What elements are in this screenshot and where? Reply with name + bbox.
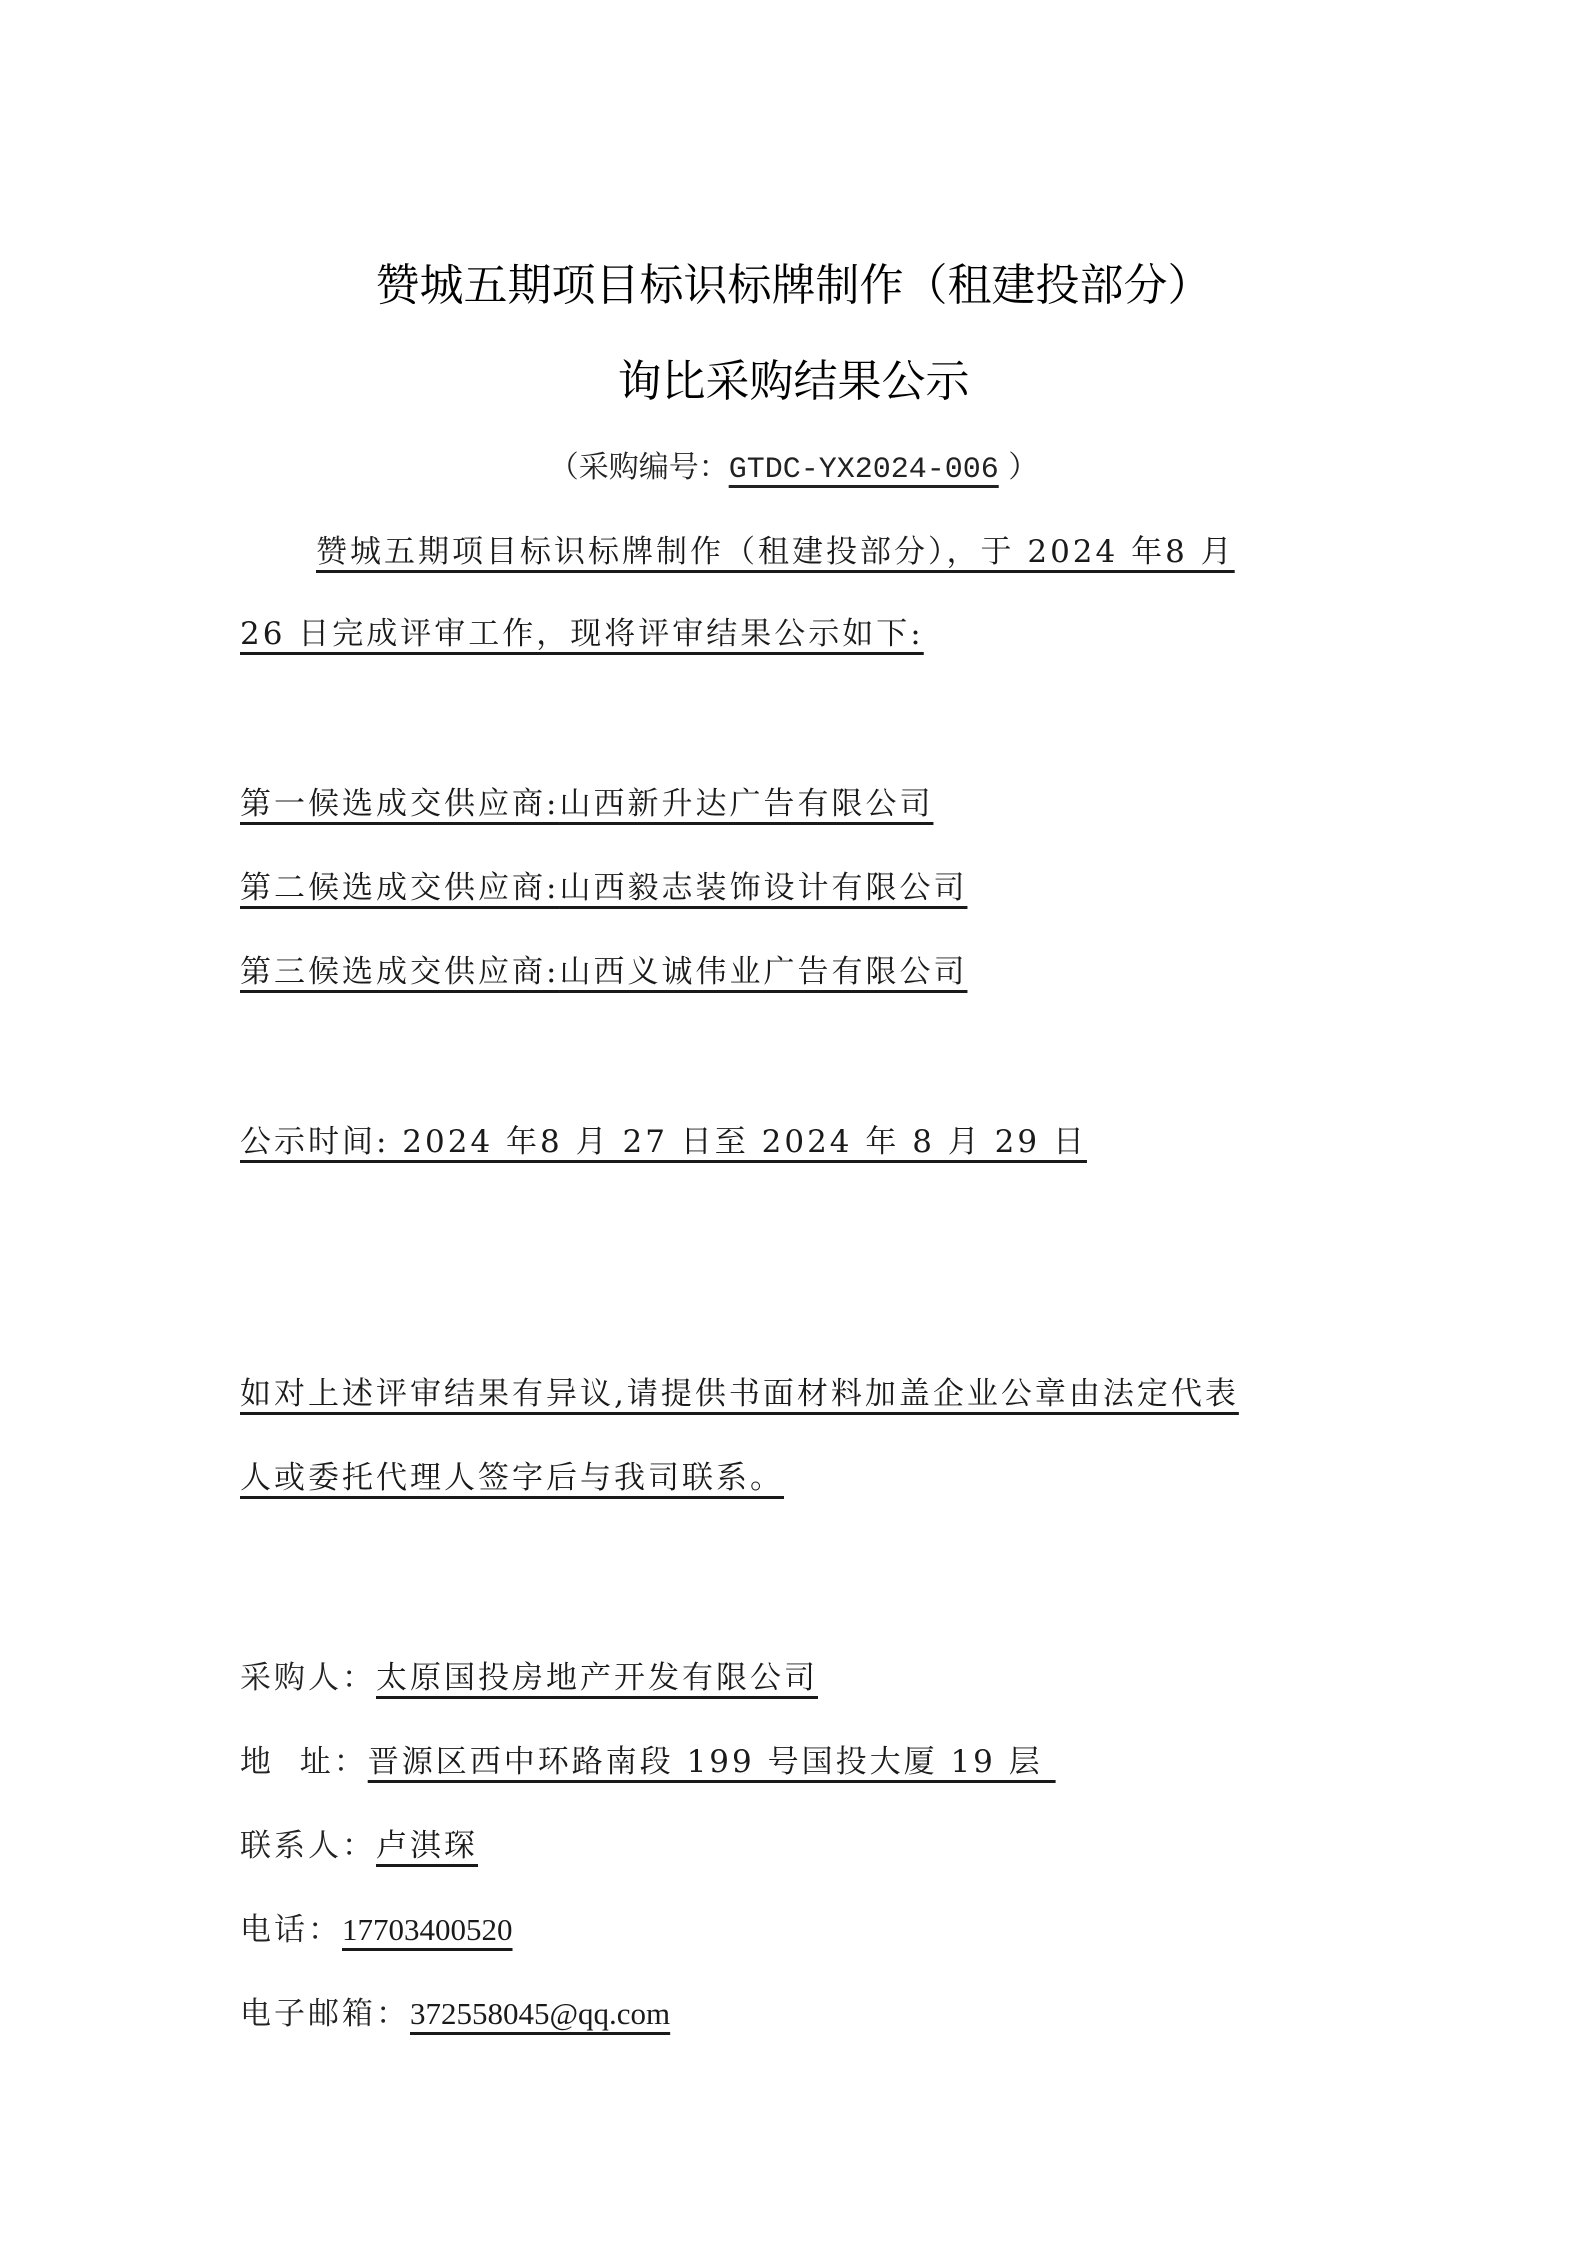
procurement-number: （采购编号：GTDC-YX2024-006 ）: [0, 446, 1587, 492]
purchaser-label: 采购人：: [240, 1660, 376, 1696]
phone-label: 电话：: [240, 1912, 342, 1948]
candidate-rank-label: 第三候选成交供应商:: [240, 954, 559, 990]
objection-line-2: 人或委托代理人签字后与我司联系。: [240, 1456, 784, 1500]
candidate-company: 山西毅志装饰设计有限公司: [559, 870, 967, 906]
candidate-1: 第一候选成交供应商:山西新升达广告有限公司: [240, 782, 933, 826]
intro-line-1: 赞城五期项目标识标牌制作（租建投部分），于 2024 年8 月: [316, 530, 1235, 574]
phone-row: 电话：17703400520: [240, 1908, 513, 1952]
email-value[interactable]: 372558045@qq.com: [410, 1996, 670, 2031]
purchaser-value: 太原国投房地产开发有限公司: [376, 1660, 818, 1696]
candidate-rank-label: 第二候选成交供应商:: [240, 870, 559, 906]
candidate-company: 山西义诚伟业广告有限公司: [559, 954, 967, 990]
contact-person-value: 卢淇琛: [376, 1828, 478, 1864]
procurement-number-suffix: ）: [999, 450, 1039, 485]
intro-line-2: 26 日完成评审工作，现将评审结果公示如下:: [240, 612, 924, 656]
procurement-number-value: GTDC-YX2024-006: [729, 453, 999, 487]
document-title-line2: 询比采购结果公示: [0, 352, 1587, 412]
email-label: 电子邮箱：: [240, 1996, 410, 2032]
purchaser-row: 采购人：太原国投房地产开发有限公司: [240, 1656, 818, 1700]
address-label: 地 址：: [240, 1744, 368, 1780]
candidate-company: 山西新升达广告有限公司: [559, 786, 933, 822]
candidate-3: 第三候选成交供应商:山西义诚伟业广告有限公司: [240, 950, 967, 994]
objection-line-1: 如对上述评审结果有异议,请提供书面材料加盖企业公章由法定代表: [240, 1372, 1239, 1416]
address-row: 地 址：晋源区西中环路南段 199 号国投大厦 19 层: [240, 1740, 1056, 1784]
phone-value: 17703400520: [342, 1912, 513, 1947]
publicity-period: 公示时间: 2024 年8 月 27 日至 2024 年 8 月 29 日: [240, 1120, 1087, 1164]
contact-person-row: 联系人：卢淇琛: [240, 1824, 478, 1868]
contact-person-label: 联系人：: [240, 1828, 376, 1864]
document-title-line1: 赞城五期项目标识标牌制作（租建投部分）: [0, 256, 1587, 316]
candidate-rank-label: 第一候选成交供应商:: [240, 786, 559, 822]
candidate-2: 第二候选成交供应商:山西毅志装饰设计有限公司: [240, 866, 967, 910]
address-value: 晋源区西中环路南段 199 号国投大厦 19 层: [368, 1744, 1056, 1780]
procurement-number-prefix: （采购编号：: [549, 450, 729, 485]
email-row: 电子邮箱：372558045@qq.com: [240, 1992, 670, 2036]
